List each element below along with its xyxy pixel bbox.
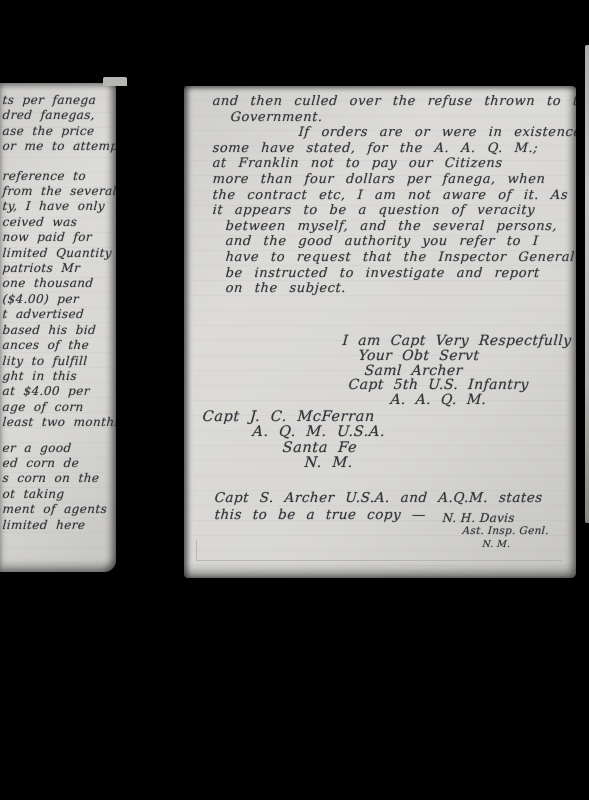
handwriting-line: lity to fulfill xyxy=(2,354,116,369)
handwriting-line: ceived was xyxy=(2,215,116,230)
handwriting-line: ances of the xyxy=(2,338,116,353)
handwriting-line: least two months xyxy=(2,415,116,430)
handwriting-line: N. M. xyxy=(202,456,386,471)
handwriting-line: ot taking xyxy=(2,487,116,502)
handwriting-line: t advertised xyxy=(2,307,116,322)
handwriting-line: ght in this xyxy=(2,369,116,384)
handwriting-line: ase the price xyxy=(2,124,116,139)
main-page: and then culled over the refuse thrown t… xyxy=(184,86,576,578)
handwriting-line: Government. xyxy=(212,110,572,126)
faint-border-line xyxy=(196,560,562,561)
handwriting-line: it appears to be a question of veracity xyxy=(212,203,572,219)
handwriting-line: Ast. Insp. Genl. xyxy=(442,525,549,538)
letter-body: and then culled over the refuse thrown t… xyxy=(212,94,571,297)
handwriting-line: N. H. Davis xyxy=(442,512,549,525)
left-page-text-top: ts per fanegadred fanegas,ase the priceo… xyxy=(0,83,116,155)
handwriting-line: Capt 5th U.S. Infantry xyxy=(342,378,572,393)
handwriting-line: A. A. Q. M. xyxy=(342,393,572,408)
handwriting-line: or me to attempt xyxy=(2,139,116,154)
left-page-fragment: ts per fanegadred fanegas,ase the priceo… xyxy=(0,83,116,572)
handwriting-line: and then culled over the refuse thrown t… xyxy=(212,94,572,110)
adjacent-page-edge xyxy=(585,45,589,523)
left-page-text-bottom: er a gooded corn des corn on theot takin… xyxy=(0,441,116,533)
handwriting-line: limited Quantity xyxy=(2,246,116,261)
handwriting-line: age of corn xyxy=(2,400,116,415)
handwriting-line: Santa Fe xyxy=(202,441,386,456)
handwriting-line: on the subject. xyxy=(212,281,572,297)
handwriting-line: s corn on the xyxy=(2,471,116,486)
handwriting-line: N. M. xyxy=(442,538,549,551)
page-corner-notch xyxy=(103,77,127,86)
handwriting-line: more than four dollars per fanega, when xyxy=(212,172,572,188)
handwriting-line: er a good xyxy=(2,441,116,456)
handwriting-line: reference to xyxy=(2,169,116,184)
handwriting-line: have to request that the Inspector Gener… xyxy=(212,250,572,266)
signature-block: I am Capt Very RespectfullyYour Obt Serv… xyxy=(342,334,571,408)
handwriting-line: ment of agents xyxy=(2,502,116,517)
handwriting-line: ty, I have only xyxy=(2,199,116,214)
document-scan: ts per fanegadred fanegas,ase the priceo… xyxy=(0,0,589,800)
handwriting-line: dred fanegas, xyxy=(2,108,116,123)
handwriting-line: now paid for xyxy=(2,230,116,245)
handwriting-line: ($4.00) per xyxy=(2,292,116,307)
handwriting-line: Your Obt Servt xyxy=(342,349,572,364)
handwriting-line: Capt S. Archer U.S.A. and A.Q.M. states xyxy=(214,490,543,507)
handwriting-line: patriots Mr xyxy=(2,261,116,276)
handwriting-line: the contract etc, I am not aware of it. … xyxy=(212,188,572,204)
handwriting-line: one thousand xyxy=(2,276,116,291)
handwriting-line: A. Q. M. U.S.A. xyxy=(202,425,386,440)
handwriting-line: be instructed to investigate and report xyxy=(212,266,572,282)
handwriting-line: If orders are or were in existence as xyxy=(212,125,572,141)
handwriting-line: at Franklin not to pay our Citizens xyxy=(212,156,572,172)
left-page-text-middle: reference tofrom the severalty, I have o… xyxy=(0,169,116,431)
handwriting-line: ts per fanega xyxy=(2,93,116,108)
handwriting-line: from the several xyxy=(2,184,116,199)
handwriting-line: and the good authority you refer to I xyxy=(212,234,572,250)
handwriting-line: I am Capt Very Respectfully xyxy=(342,334,572,349)
address-block: Capt J. C. McFerranA. Q. M. U.S.A.Santa … xyxy=(202,410,385,472)
certifying-signature: N. H. DavisAst. Insp. Genl.N. M. xyxy=(442,512,548,551)
handwriting-line: ed corn de xyxy=(2,456,116,471)
handwriting-line: based his bid xyxy=(2,323,116,338)
handwriting-line: some have stated, for the A. A. Q. M.; xyxy=(212,141,572,157)
handwriting-line: between myself, and the several persons, xyxy=(212,219,572,235)
handwriting-line: at $4.00 per xyxy=(2,384,116,399)
handwriting-line: limited here xyxy=(2,518,116,533)
